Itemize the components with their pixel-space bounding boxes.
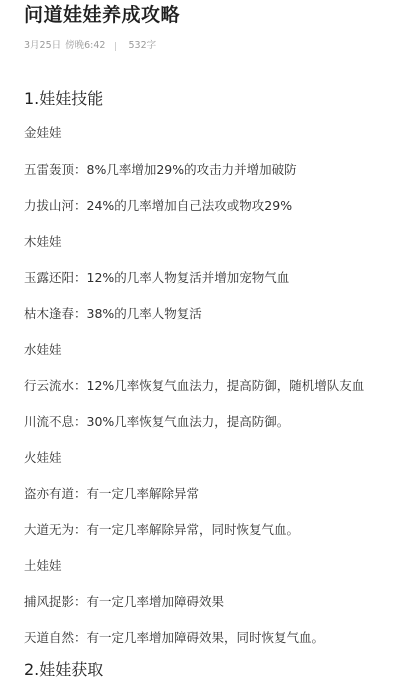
- skill-line: 大道无为：有一定几率解除异常，同时恢复气血。: [24, 521, 299, 539]
- skill-line: 盗亦有道：有一定几率解除异常: [24, 485, 199, 503]
- note-word-count: 532字: [128, 39, 156, 53]
- skill-line: 玉露还阳：12%的几率人物复活并增加宠物气血: [24, 269, 289, 287]
- section-heading: 2.娃娃获取: [24, 659, 103, 679]
- group-name-wood: 木娃娃: [24, 233, 62, 251]
- note-title: 问道娃娃养成攻略: [24, 3, 180, 27]
- note-meta: 3月25日 傍晚6:42 532字: [24, 39, 156, 53]
- skill-line: 捕风捉影：有一定几率增加障碍效果: [24, 593, 224, 611]
- skill-line: 枯木逢春：38%的几率人物复活: [24, 305, 202, 323]
- skill-line: 天道自然：有一定几率增加障碍效果，同时恢复气血。: [24, 629, 324, 647]
- skill-line: 行云流水：12%几率恢复气血法力，提高防御，随机增队友血: [24, 377, 364, 395]
- section-heading: 1.娃娃技能: [24, 88, 103, 110]
- note-time: 傍晚6:42: [65, 39, 105, 53]
- skill-line: 力拔山河：24%的几率增加自己法攻或物攻29%: [24, 197, 292, 215]
- skill-line: 五雷轰顶：8%几率增加29%的攻击力并增加破防: [24, 161, 297, 179]
- meta-divider: [115, 42, 116, 51]
- group-name-fire: 火娃娃: [24, 449, 62, 467]
- group-name-earth: 土娃娃: [24, 557, 62, 575]
- group-name-water: 水娃娃: [24, 341, 62, 359]
- skill-line: 川流不息：30%几率恢复气血法力，提高防御。: [24, 413, 289, 431]
- group-name-gold: 金娃娃: [24, 124, 62, 142]
- note-date: 3月25日: [24, 39, 61, 53]
